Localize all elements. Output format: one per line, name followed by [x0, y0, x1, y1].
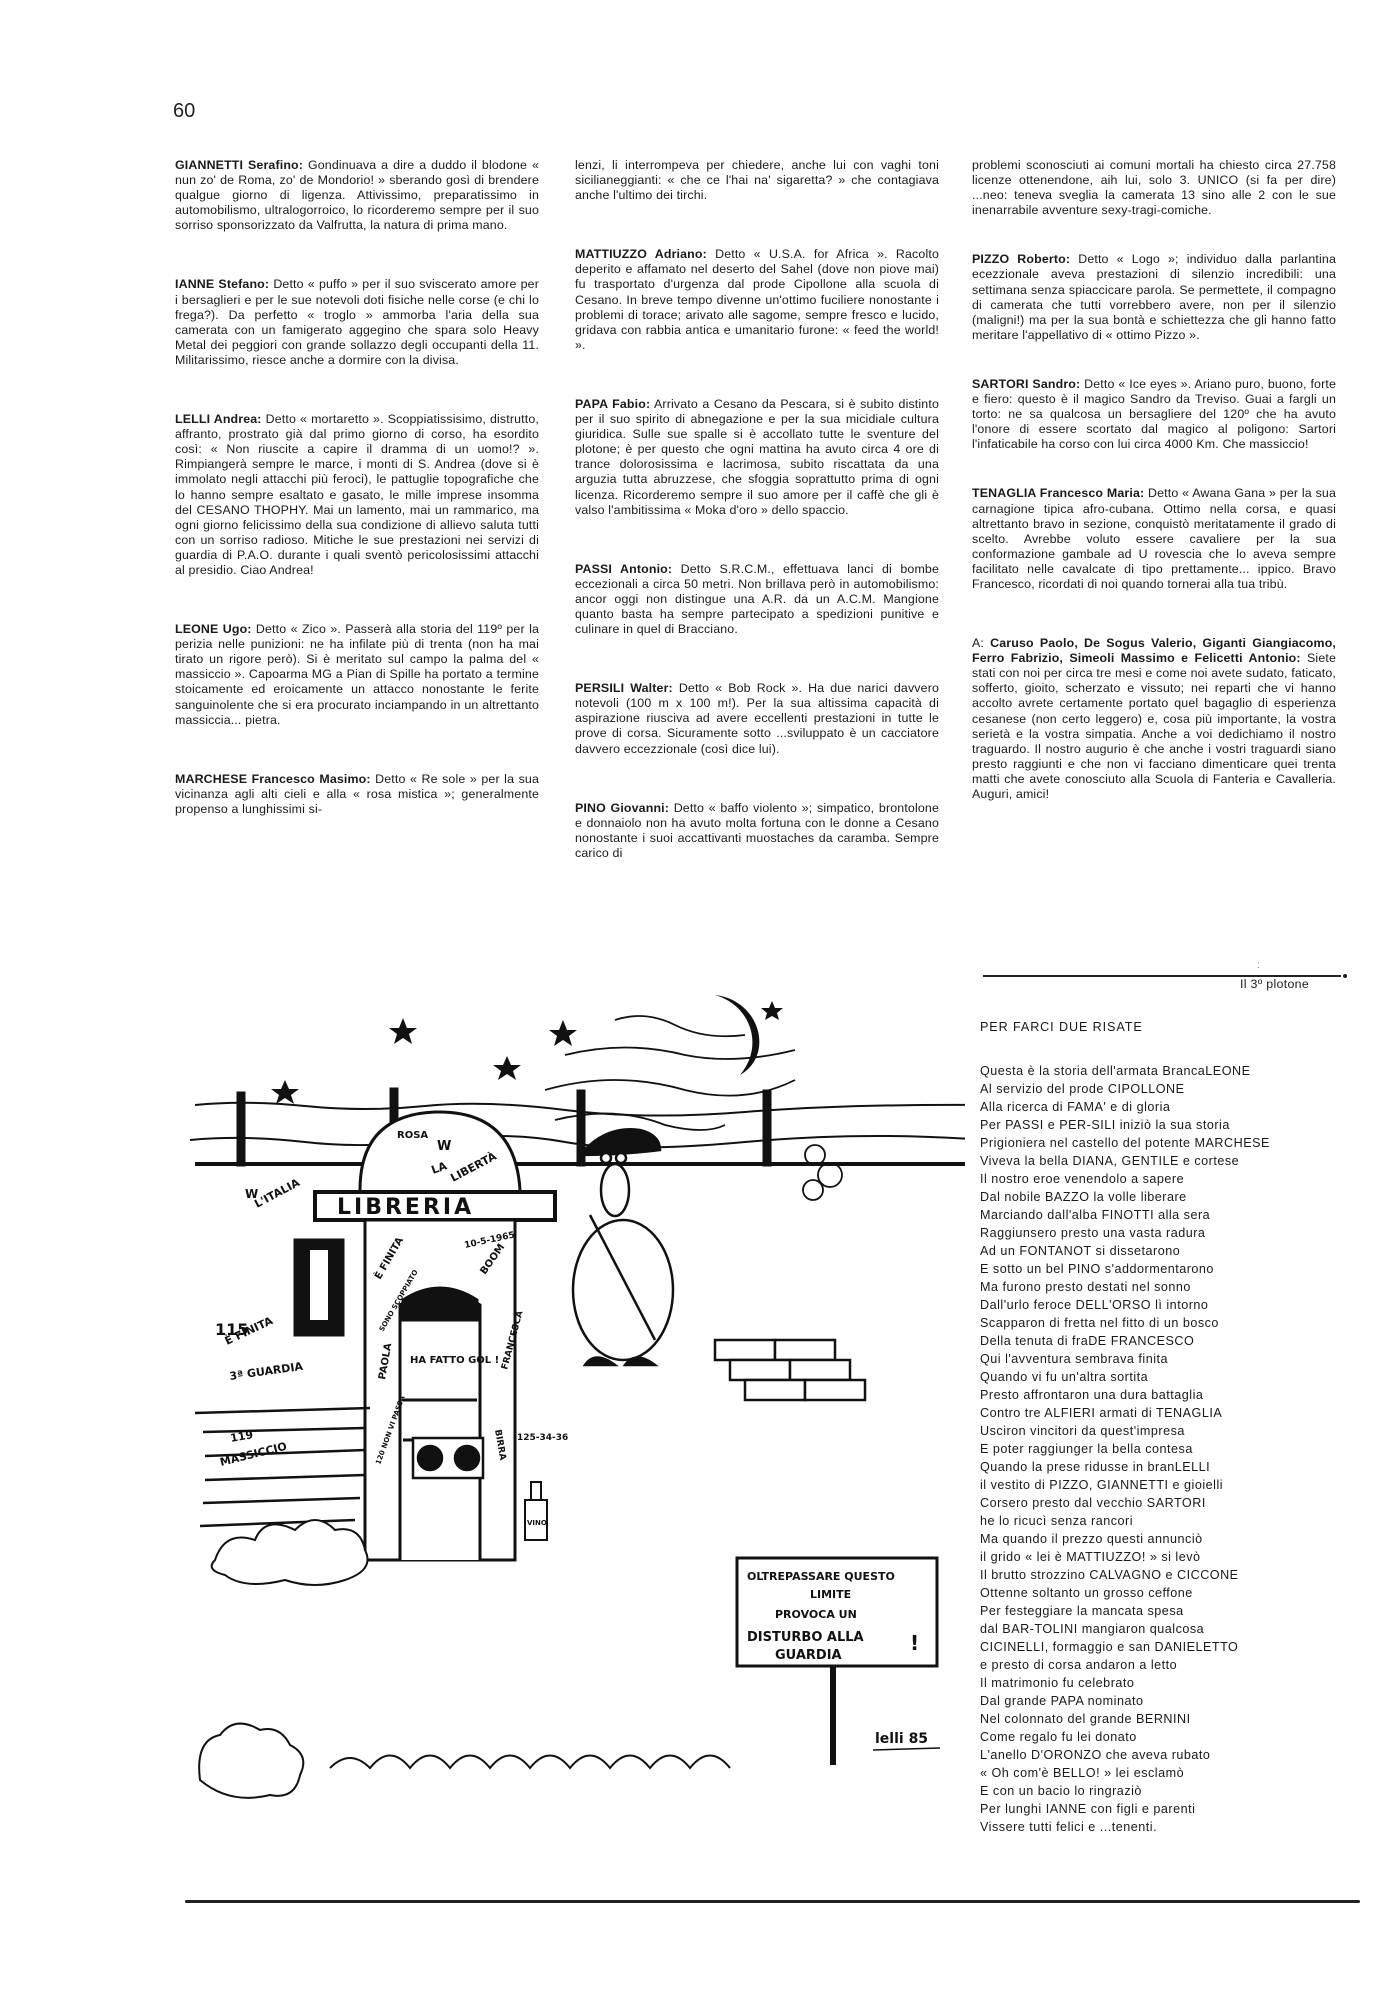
poem-title: PER FARCI DUE RISATE: [980, 1020, 1360, 1034]
poem-line: Ad un FONTANOT si dissetarono: [980, 1242, 1360, 1260]
poem-line: e presto di corsa andaron a letto: [980, 1656, 1360, 1674]
entry-name: LEONE Ugo:: [175, 622, 252, 636]
barbed-wire-fence: [190, 1088, 965, 1166]
artist-signature: lelli 85: [875, 1731, 928, 1747]
poem-line: Qui l'avventura sembrava finita: [980, 1350, 1360, 1368]
svg-text:3ª GUARDIA: 3ª GUARDIA: [229, 1360, 305, 1383]
svg-text:119: 119: [229, 1428, 254, 1445]
poem-line: CICINELLI, formaggio e san DANIELETTO: [980, 1638, 1360, 1656]
svg-text:125-34-36: 125-34-36: [517, 1433, 568, 1443]
entry-giannetti: GIANNETTI Serafino: Gondinuava a dire a …: [175, 158, 539, 233]
brick-stack: [715, 1340, 865, 1400]
entry-name: GIANNETTI Serafino:: [175, 158, 303, 172]
dedication-text: Siete stati con noi per circa tre mesi e…: [972, 651, 1336, 801]
poem-line: Nel colonnato del grande BERNINI: [980, 1710, 1360, 1728]
boombox-icon: [413, 1438, 483, 1478]
entry-continuation: lenzi, li interrompeva per chiedere, anc…: [575, 158, 939, 203]
poem-line: Dall'urlo feroce DELL'ORSO lì intorno: [980, 1296, 1360, 1314]
entry-name: MATTIUZZO Adriano:: [575, 247, 707, 261]
dedication-prefix: A:: [972, 636, 984, 650]
poem-line: Contro tre ALFIERI armati di TENAGLIA: [980, 1404, 1360, 1422]
entry-papa: PAPA Fabio: Arrivato a Cesano da Pescara…: [575, 397, 939, 518]
poem-line: Presto affrontaron una dura battaglia: [980, 1386, 1360, 1404]
poem-line: « Oh com'è BELLO! » lei esclamò: [980, 1764, 1360, 1782]
bushes: [212, 1520, 368, 1585]
poem-line: Quando la prese ridusse in branLELLI: [980, 1458, 1360, 1476]
speech-bubble-text: HA FATTO GOL !: [410, 1355, 499, 1366]
entry-name: IANNE Stefano:: [175, 277, 269, 291]
entry-name: LELLI Andrea:: [175, 412, 262, 426]
svg-text:!: !: [910, 1631, 919, 1655]
poem-line: Dal grande PAPA nominato: [980, 1692, 1360, 1710]
svg-text:VINO: VINO: [527, 1519, 547, 1527]
entry-name: PERSILI Walter:: [575, 681, 673, 695]
entry-name: PIZZO Roberto:: [972, 252, 1070, 266]
poem-line: Marciando dall'alba FINOTTI alla sera: [980, 1206, 1360, 1224]
svg-text:ROSA: ROSA: [397, 1130, 428, 1141]
entry-marchese: MARCHESE Francesco Masimo: Detto « Re so…: [175, 772, 539, 817]
cartoon-illustration: LIBRERIA ROSA W LA LIBERTÀ W L'ITALIA 10…: [185, 960, 965, 1890]
poem-line: Usciron vincitori da quest'impresa: [980, 1422, 1360, 1440]
entry-sartori: SARTORI Sandro: Detto « Ice eyes ». Aria…: [972, 377, 1336, 452]
entry-continuation: problemi sconosciuti ai comuni mortali h…: [972, 158, 1336, 218]
entry-name: PAPA Fabio:: [575, 397, 650, 411]
poem-line: dal BAR-TOLINI mangiaron qualcosa: [980, 1620, 1360, 1638]
poem-line: Quando vi fu un'altra sortita: [980, 1368, 1360, 1386]
entry-text: Arrivato a Cesano da Pescara, si è subit…: [575, 397, 939, 517]
poem-line: Raggiunsero presto una vasta radura: [980, 1224, 1360, 1242]
entry-name: SARTORI Sandro:: [972, 377, 1080, 391]
poem-line: Ottenne soltanto un grosso ceffone: [980, 1584, 1360, 1602]
svg-text:LIMITE: LIMITE: [810, 1588, 851, 1601]
poem-line: Viveva la bella DIANA, GENTILE e cortese: [980, 1152, 1360, 1170]
library-sign-text: LIBRERIA: [337, 1195, 474, 1220]
poem-line: Corsero presto dal vecchio SARTORI: [980, 1494, 1360, 1512]
entry-ianne: IANNE Stefano: Detto « puffo » per il su…: [175, 277, 539, 368]
entry-text: Detto « mortaretto ». Scoppiatissisimo, …: [175, 412, 539, 577]
poem-line: E sotto un bel PINO s'addormentarono: [980, 1260, 1360, 1278]
poem-line: he lo ricucì senza rancori: [980, 1512, 1360, 1530]
platoon-signature: Il 3º plotone: [1240, 977, 1309, 991]
star-icons: [271, 1001, 783, 1104]
svg-text:MASSICCIO: MASSICCIO: [219, 1440, 289, 1469]
svg-text:GUARDIA: GUARDIA: [775, 1648, 842, 1663]
dedication-names: Caruso Paolo, De Sogus Valerio, Giganti …: [972, 636, 1336, 665]
page-bottom-rule: [185, 1900, 1360, 1903]
entry-name: TENAGLIA Francesco Maria:: [972, 486, 1144, 500]
entry-tenaglia: TENAGLIA Francesco Maria: Detto « Awana …: [972, 486, 1336, 592]
wine-bottle-icon: [525, 1482, 547, 1540]
entry-text: Detto « Zico ». Passerà alla storia del …: [175, 622, 539, 727]
stray-mark: :: [1257, 960, 1260, 971]
entry-name: PINO Giovanni:: [575, 801, 669, 815]
svg-text:W: W: [437, 1139, 451, 1154]
column-3: problemi sconosciuti ai comuni mortali h…: [972, 158, 1336, 802]
entry-name: MARCHESE Francesco Masimo:: [175, 772, 371, 786]
entry-mattiuzzo: MATTIUZZO Adriano: Detto « U.S.A. for Af…: [575, 247, 939, 353]
poem-line: Il matrimonio fu celebrato: [980, 1674, 1360, 1692]
poem-line: E con un bacio lo ringraziò: [980, 1782, 1360, 1800]
poem-line: Alla ricerca di FAMA' e di gloria: [980, 1098, 1360, 1116]
poem-line: Per lunghi IANNE con figli e parenti: [980, 1800, 1360, 1818]
entry-pino: PINO Giovanni: Detto « baffo violento »;…: [575, 801, 939, 861]
poem: PER FARCI DUE RISATE Questa è la storia …: [980, 1020, 1360, 1836]
column-1: GIANNETTI Serafino: Gondinuava a dire a …: [175, 158, 539, 817]
bush-left: [199, 1724, 303, 1798]
poem-line: Questa è la storia dell'armata BrancaLEO…: [980, 1062, 1360, 1080]
poem-line: Al servizio del prode CIPOLLONE: [980, 1080, 1360, 1098]
poem-line: Vissere tutti felici e ...tenenti.: [980, 1818, 1360, 1836]
poem-line: Per festeggiare la mancata spesa: [980, 1602, 1360, 1620]
poem-line: il grido « lei è MATTIUZZO! » si levò: [980, 1548, 1360, 1566]
entry-leone: LEONE Ugo: Detto « Zico ». Passerà alla …: [175, 622, 539, 728]
entry-passi: PASSI Antonio: Detto S.R.C.M., effettuav…: [575, 562, 939, 637]
poem-line: Per PASSI e PER-SILI iniziò la sua stori…: [980, 1116, 1360, 1134]
poem-line: Prigioniera nel castello del potente MAR…: [980, 1134, 1360, 1152]
entry-name: PASSI Antonio:: [575, 562, 672, 576]
poem-line: Dal nobile BAZZO la volle liberare: [980, 1188, 1360, 1206]
poem-line: Ma furono presto destati nel sonno: [980, 1278, 1360, 1296]
poem-line: E poter raggiunger la bella contesa: [980, 1440, 1360, 1458]
column-2: lenzi, li interrompeva per chiedere, anc…: [575, 158, 939, 861]
entry-dedication: A: Caruso Paolo, De Sogus Valerio, Gigan…: [972, 636, 1336, 802]
poem-line: Ma quando il prezzo questi annunciò: [980, 1530, 1360, 1548]
page-number: 60: [173, 100, 195, 123]
svg-text:L'ITALIA: L'ITALIA: [252, 1176, 302, 1211]
svg-text:OLTREPASSARE QUESTO: OLTREPASSARE QUESTO: [747, 1570, 895, 1583]
poem-line: Scapparon di fretta nel fitto di un bosc…: [980, 1314, 1360, 1332]
poem-line: L'anello D'ORONZO che aveva rubato: [980, 1746, 1360, 1764]
svg-text:PROVOCA UN: PROVOCA UN: [775, 1608, 857, 1621]
entry-pizzo: PIZZO Roberto: Detto « Logo »; individuo…: [972, 252, 1336, 343]
svg-text:DISTURBO ALLA: DISTURBO ALLA: [747, 1630, 864, 1645]
entry-text: Detto « U.S.A. for Africa ». Racolto dep…: [575, 247, 939, 352]
poem-line: Il nostro eroe venendolo a sapere: [980, 1170, 1360, 1188]
entry-lelli: LELLI Andrea: Detto « mortaretto ». Scop…: [175, 412, 539, 578]
entry-persili: PERSILI Walter: Detto « Bob Rock ». Ha d…: [575, 681, 939, 756]
poem-line: Il brutto strozzino CALVAGNO e CICCONE: [980, 1566, 1360, 1584]
poem-line: Come regalo fu lei donato: [980, 1728, 1360, 1746]
section-divider: [983, 975, 1341, 977]
entry-text: Detto « Awana Gana » per la sua carnagio…: [972, 486, 1336, 591]
poem-line: Della tenuta di fraDE FRANCESCO: [980, 1332, 1360, 1350]
poem-lines: Questa è la storia dell'armata BrancaLEO…: [980, 1062, 1360, 1836]
vine-hedge: [330, 1756, 730, 1769]
poem-line: il vestito di PIZZO, GIANNETTI e gioiell…: [980, 1476, 1360, 1494]
